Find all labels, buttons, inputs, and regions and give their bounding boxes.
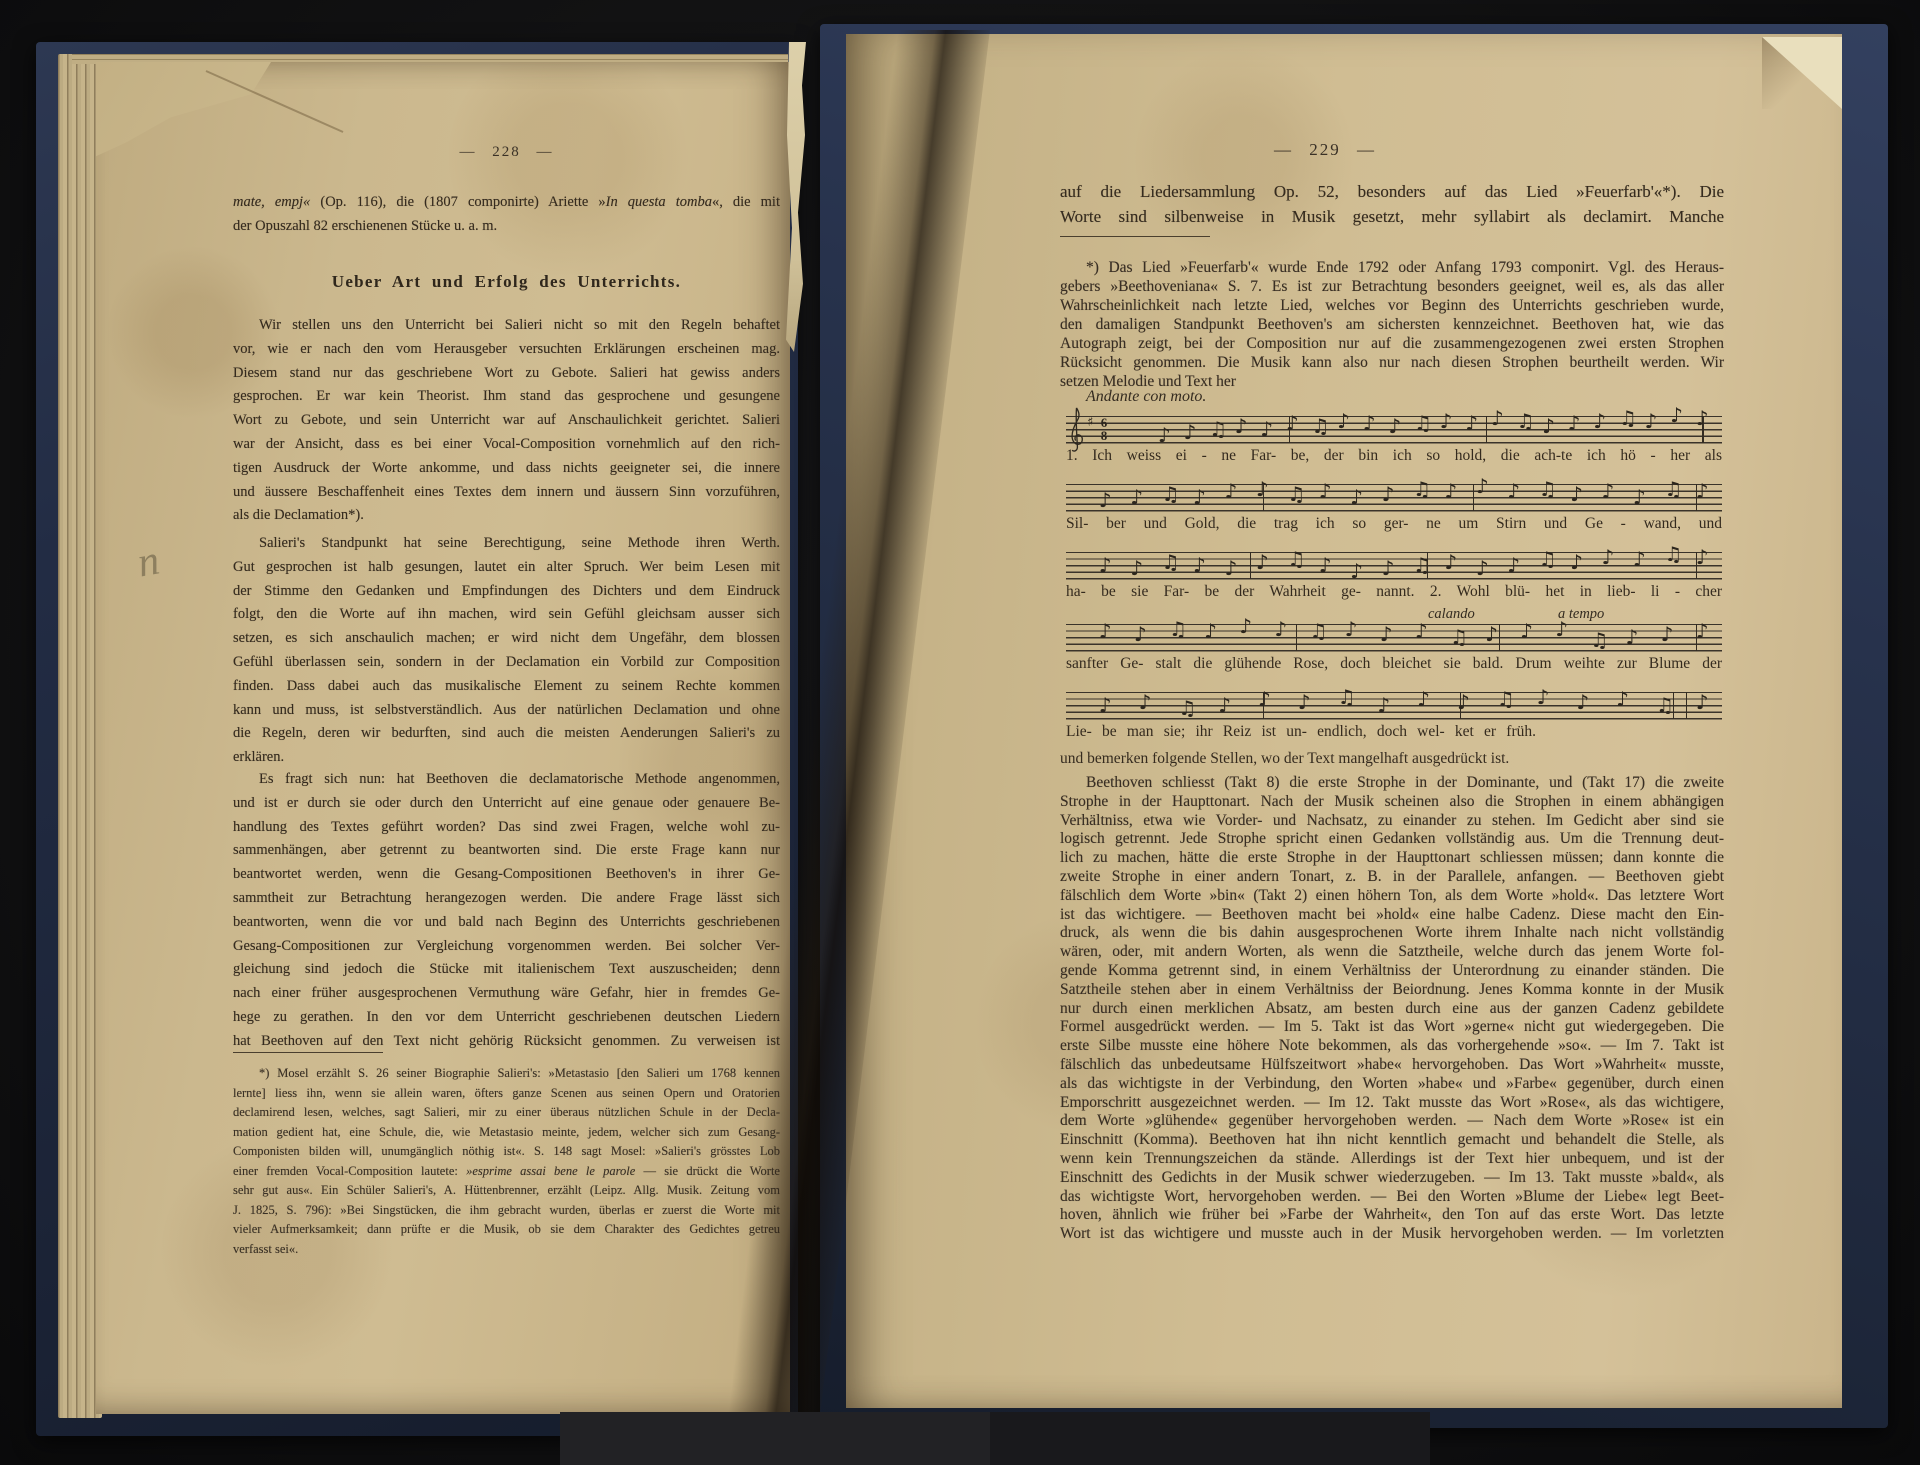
text-line: hat Beethoven auf den Text nicht gehörig… <box>233 1030 780 1054</box>
text-line: Es fragt sich nun: hat Beethoven die dec… <box>233 768 780 792</box>
note-glyph: ♫ <box>1664 544 1682 564</box>
note-glyph: ♪ <box>1696 408 1709 428</box>
note-glyph: ♪ <box>1139 692 1152 712</box>
note-glyph: ♫ <box>1414 413 1432 433</box>
text-line: ist das wichtigere. — Beethoven macht be… <box>1060 906 1724 925</box>
text-line: nach einer früher ausgesprochenen Vermut… <box>233 982 780 1006</box>
main-text: auf die Liedersammlung Op. 52, besonders… <box>1060 180 1724 229</box>
note-glyph: ♪ <box>1576 692 1589 712</box>
note-glyph: ♪ <box>1570 484 1583 504</box>
text-line: das wichtigste Wort, hervorgehoben werde… <box>1060 1188 1724 1207</box>
text-line: die Regeln, deren wir bedurften, sind au… <box>233 722 780 746</box>
lyric-line-4: sanfter Ge- stalt die glühende Rose, doc… <box>1066 655 1722 673</box>
note-glyph: ♪ <box>1661 624 1674 644</box>
text-line: einer fremden Vocal-Composition lautete:… <box>233 1162 780 1182</box>
text-line: Beethoven schliesst (Takt 8) die erste S… <box>1060 774 1724 793</box>
page-229: — 229 — auf die Liedersammlung Op. 52, b… <box>846 34 1842 1408</box>
note-glyph: ♫ <box>1516 411 1534 431</box>
note-glyph: ♫ <box>1338 687 1356 707</box>
text-line: mation gedient hat, eine Schule, die, wi… <box>233 1123 780 1143</box>
text-line: Diesem stand nur das geschriebene Wort z… <box>233 362 780 386</box>
calando-marking: calando <box>1428 606 1475 623</box>
text-line: Rücksicht genommen. Die Musik kann also … <box>1060 353 1724 372</box>
note-glyph: ♫ <box>1309 621 1327 641</box>
note-glyph: ♫ <box>1312 416 1330 436</box>
text-line: und äussere Beschaffenheit eines Textes … <box>233 481 780 505</box>
note-glyph: ♪ <box>1099 695 1112 715</box>
note-glyph: ♪ <box>1350 561 1363 581</box>
text-line: hege zu gerathen. In den vor dem Unterri… <box>233 1006 780 1030</box>
text-line: handlung des Textes geführt worden? Das … <box>233 816 780 840</box>
note-glyph: ♪ <box>1568 413 1581 433</box>
text-line: fälschlich dem Worte »bin« (Takt 2) eine… <box>1060 887 1724 906</box>
text-line: *) Mosel erzählt S. 26 seiner Biographie… <box>233 1064 780 1084</box>
text-line: setzen, es sich anschaulich machen; er w… <box>233 627 780 651</box>
note-glyph: ♪ <box>1274 619 1287 639</box>
note-glyph: ♪ <box>1440 411 1453 431</box>
corner-crease-line <box>206 70 344 133</box>
note-glyph: ♪ <box>1633 549 1646 569</box>
text-line: Formel ausgedrückt werden. — Im 5. Takt … <box>1060 1018 1724 1037</box>
note-glyph: ♪ <box>1099 555 1112 575</box>
music-staff: ♪♪♫♪♪♪♫♪♪♪♫♪♪♪♫♪♪♪ <box>1066 624 1722 652</box>
note-glyph: ♪ <box>1350 487 1363 507</box>
text-line: tigen Ausdruck der Worte ankomme, und da… <box>233 457 780 481</box>
note-glyph: ♪ <box>1363 413 1376 433</box>
note-glyph: ♪ <box>1183 422 1196 442</box>
text-line: und ist er durch sie oder durch den Unte… <box>233 792 780 816</box>
text-line: lich zu machen, hätte die erste Strophe … <box>1060 849 1724 868</box>
text-line: gende Komma getrennt sind, in einem Verh… <box>1060 962 1724 981</box>
note-glyph: ♪ <box>1696 621 1709 641</box>
text-line: Satztheile stehen aber in einem Verhältn… <box>1060 981 1724 1000</box>
text-line: beantwortet werden, wenn die Gesang-Comp… <box>233 863 780 887</box>
text-line: Emporschritt ausgezeichnet werden. — Im … <box>1060 1094 1724 1113</box>
note-glyph: ♫ <box>1619 408 1637 428</box>
note-glyph: ♫ <box>1178 698 1196 718</box>
note-glyph: ♪ <box>1224 558 1237 578</box>
barline <box>1296 624 1297 651</box>
note-glyph: ♪ <box>1457 692 1470 712</box>
text-line: sehr gut aus«. Ein Schüler Salieri's, A.… <box>233 1181 780 1201</box>
note-glyph: ♪ <box>1256 479 1269 499</box>
text-line: wären, oder, mit andern Worten, als wenn… <box>1060 943 1724 962</box>
pencil-margin-mark: n <box>134 537 163 588</box>
page-number: — 228 — <box>233 144 780 161</box>
note-glyph: ♫ <box>1497 689 1515 709</box>
note-glyph: ♪ <box>1235 416 1248 436</box>
text-line: Verhältniss, etwa wie Vorder- und Nachsa… <box>1060 812 1724 831</box>
text-line: vieler Aufmerksamkeit; dann prüfte er di… <box>233 1220 780 1240</box>
lyric-line-1: 1. Ich weiss ei - ne Far- be, der bin ic… <box>1066 447 1722 465</box>
text-line: Wort ist das wichtigere und musste auch … <box>1060 1225 1724 1244</box>
note-glyph: ♪ <box>1380 624 1393 644</box>
note-glyph: ♫ <box>1162 484 1180 504</box>
note-glyph: ♫ <box>1656 695 1674 715</box>
note-glyph: ♪ <box>1319 481 1332 501</box>
note-glyph: ♪ <box>1542 416 1555 436</box>
note-glyph: ♫ <box>1169 619 1187 639</box>
note-glyph: ♫ <box>1209 419 1227 439</box>
table-surface-patch-dark <box>990 1412 1430 1465</box>
text-line: nur durch einen merklichen Absatz, am be… <box>1060 1000 1724 1019</box>
text-line: Einschnitt (Komma). Beethoven hat ihn ni… <box>1060 1131 1724 1150</box>
sharp-icon: ♯ <box>1087 415 1093 430</box>
text-line: den damaligen Standpunkt Beethoven's am … <box>1060 315 1724 334</box>
note-glyph: ♪ <box>1570 552 1583 572</box>
page-228: n — 228 — mate, empj« (Op. 116), die (18… <box>96 62 790 1414</box>
note-glyph: ♫ <box>1664 479 1682 499</box>
text-line: Gefühl überlassen sein, sondern in der D… <box>233 651 780 675</box>
note-glyph: ♪ <box>1485 624 1498 644</box>
note-glyph: ♪ <box>1444 552 1457 572</box>
note-glyph: ♪ <box>1224 481 1237 501</box>
note-glyph: ♪ <box>1670 405 1683 425</box>
note-glyph: ♪ <box>1193 487 1206 507</box>
note-glyph: ♪ <box>1696 547 1709 567</box>
note-glyph: ♪ <box>1593 411 1606 431</box>
music-staff: ♯ 68 ♪♪♫♪♪♪♫♪♪♪♫♪♪♪♫♪♪♪♫♪♪♪ <box>1066 416 1722 444</box>
text-line: logisch getrennt. Jede Strophe spricht e… <box>1060 830 1724 849</box>
carryover-paragraph: mate, empj« (Op. 116), die (1807 componi… <box>233 190 780 238</box>
note-glyph: ♪ <box>1258 689 1271 709</box>
note-glyph: ♪ <box>1633 487 1646 507</box>
footnote-rule <box>1060 236 1210 237</box>
text-line: Salieri's Standpunkt hat seine Berechtig… <box>233 532 780 556</box>
text-line: als die Declamation*). <box>233 504 780 528</box>
note-glyph: ♫ <box>1413 479 1431 499</box>
note-glyph: ♪ <box>1130 558 1143 578</box>
lyric-line-5: Lie- be man sie; ihr Reiz ist un- endlic… <box>1066 723 1536 741</box>
note-glyph: ♫ <box>1450 627 1468 647</box>
note-glyph: ♫ <box>1539 479 1557 499</box>
book-photo: n — 228 — mate, empj« (Op. 116), die (18… <box>0 0 1920 1465</box>
note-glyph: ♪ <box>1099 621 1112 641</box>
barline <box>1499 624 1500 651</box>
text-line: wenn kein Trennungszeichen da stände. Al… <box>1060 1150 1724 1169</box>
text-line: hoven, ähnlich wie früher bei »Farbe der… <box>1060 1206 1724 1225</box>
text-line: Einschnitt des Gedichts in der Musik sch… <box>1060 1169 1724 1188</box>
note-glyph: ♪ <box>1491 408 1504 428</box>
time-signature: 68 <box>1098 416 1110 442</box>
text-line: fälschlich das unbedeutsame Hülfszeitwor… <box>1060 1056 1724 1075</box>
note-glyph: ♪ <box>1286 413 1299 433</box>
text-line: Strophe in der Haupttonart. Nach der Mus… <box>1060 793 1724 812</box>
section-heading: Ueber Art und Erfolg des Unterrichts. <box>233 272 780 292</box>
text-line: finden. Dass dabei auch das musikalische… <box>233 675 780 699</box>
music-staff: ♪♪♫♪♪♪♫♪♪♪♫♪♪♪♫♪ <box>1066 692 1722 720</box>
barline <box>1686 692 1687 719</box>
text-line: Wir stellen uns den Unterricht bei Salie… <box>233 314 780 338</box>
text-line: der Stimme den Gedanken und Empfindungen… <box>233 580 780 604</box>
text-line: gebers »Beethoveniana« S. 7. Es ist zur … <box>1060 277 1724 296</box>
text-line: der Opuszahl 82 erschienenen Stücke u. a… <box>233 214 780 238</box>
text-line: verfasst sei«. <box>233 1240 780 1260</box>
note-glyph: ♫ <box>1413 555 1431 575</box>
text-line: druck, als wenn die bis dahin ausgesproc… <box>1060 924 1724 943</box>
note-glyph: ♪ <box>1555 619 1568 639</box>
lyric-line-2: Sil- ber und Gold, die trag ich so ger- … <box>1066 515 1722 533</box>
text-line: lernte] liess ihn, wenn sie allein waren… <box>233 1084 780 1104</box>
text-line: gesprochen. Er war kein Theorist. Ihm st… <box>233 385 780 409</box>
note-glyph: ♪ <box>1602 547 1615 567</box>
note-glyph: ♪ <box>1319 555 1332 575</box>
text-line: J. 1825, S. 796): »Bei Singstücken, die … <box>233 1201 780 1221</box>
table-surface-patch <box>560 1412 990 1465</box>
note-glyph: ♪ <box>1696 481 1709 501</box>
note-glyph: ♫ <box>1539 549 1557 569</box>
barline <box>1486 416 1487 443</box>
note-glyph: ♪ <box>1377 695 1390 715</box>
note-glyph: ♪ <box>1415 621 1428 641</box>
note-glyph: ♪ <box>1696 692 1709 712</box>
note-glyph: ♪ <box>1507 481 1520 501</box>
text-line: zweite Strophe in einer andern Tonart, z… <box>1060 868 1724 887</box>
note-glyph: ♫ <box>1287 484 1305 504</box>
note-glyph: ♪ <box>1158 425 1171 445</box>
footnote-rule <box>233 1052 383 1053</box>
tempo-marking: Andante con moto. <box>1086 388 1206 406</box>
note-glyph: ♪ <box>1345 619 1358 639</box>
note-glyph: ♪ <box>1298 692 1311 712</box>
note-glyph: ♫ <box>1590 630 1608 650</box>
note-glyph: ♪ <box>1134 624 1147 644</box>
text-line: erste Silbe musste eine höhere Note beko… <box>1060 1037 1724 1056</box>
note-glyph: ♪ <box>1099 490 1112 510</box>
footnote-229-part2: Beethoven schliesst (Takt 8) die erste S… <box>1060 774 1724 1244</box>
text-line: Gut gesprochen ist halb gesungen, lautet… <box>233 556 780 580</box>
text-line: als das wichtigste in der Verbindung, de… <box>1060 1075 1724 1094</box>
text-line: Wort zu Gebote, und sein Unterricht war … <box>233 409 780 433</box>
note-glyph: ♪ <box>1239 616 1252 636</box>
note-glyph: ♪ <box>1602 481 1615 501</box>
lyric-line-3: ha- be sie Far- be der Wahrheit ge- nann… <box>1066 583 1722 601</box>
text-line: Autograph zeigt, bei der Composition nur… <box>1060 334 1724 353</box>
text-line: Gesang-Compositionen zur Vergleichung vo… <box>233 935 780 959</box>
note-glyph: ♪ <box>1616 689 1629 709</box>
text-line: Wahrscheinlichkeit nach letzte Lied, wel… <box>1060 296 1724 315</box>
note-glyph: ♪ <box>1520 621 1533 641</box>
text-line: vor, wie er nach den vom Herausgeber ver… <box>233 338 780 362</box>
note-glyph: ♪ <box>1444 481 1457 501</box>
note-glyph: ♪ <box>1382 558 1395 578</box>
text-line: gleichung sind jedoch die Stücke mit ita… <box>233 958 780 982</box>
text-line: Worte sind silbenweise in Musik gesetzt,… <box>1060 205 1724 230</box>
note-glyph: ♪ <box>1507 555 1520 575</box>
text-line: *) Das Lied »Feuerfarb'« wurde Ende 1792… <box>1060 258 1724 277</box>
note-glyph: ♪ <box>1626 627 1639 647</box>
footnote-228: *) Mosel erzählt S. 26 seiner Biographie… <box>233 1064 780 1259</box>
text-line: sammtheit zur Betrachtung herangezogen w… <box>233 887 780 911</box>
text-line: declamirend lesen, welches, sagt Salieri… <box>233 1103 780 1123</box>
page-number: — 229 — <box>1060 140 1590 160</box>
text-line: mate, empj« (Op. 116), die (1807 componi… <box>233 190 780 214</box>
note-glyph: ♪ <box>1537 687 1550 707</box>
note-glyph: ♪ <box>1193 555 1206 575</box>
note-glyph: ♪ <box>1388 416 1401 436</box>
note-glyph: ♫ <box>1162 552 1180 572</box>
music-staff: ♪♪♫♪♪♪♫♪♪♪♫♪♪♪♫♪♪♪♫♪ <box>1066 484 1722 512</box>
text-line: dem Worte »glühende« gegenüber hervorgeh… <box>1060 1112 1724 1131</box>
note-glyph: ♪ <box>1417 689 1430 709</box>
note-glyph: ♪ <box>1476 476 1489 496</box>
note-glyph: ♫ <box>1287 549 1305 569</box>
text-line: kann und muss, ist selbstverständlich. A… <box>233 699 780 723</box>
barline <box>1473 484 1474 511</box>
note-glyph: ♪ <box>1218 695 1231 715</box>
note-glyph: ♪ <box>1465 413 1478 433</box>
post-music-line: und bemerken folgende Stellen, wo der Te… <box>1060 750 1724 768</box>
time-sig-bottom: 8 <box>1098 429 1110 442</box>
text-line: Componisten bilden will, unumgänglich nö… <box>233 1142 780 1162</box>
text-line: erklären. <box>233 746 780 770</box>
text-line: folgt, den die Worte auf ihn machen, wir… <box>233 603 780 627</box>
text-line: sammenhängen, aber getrennt zu beantwort… <box>233 839 780 863</box>
note-glyph: ♪ <box>1382 484 1395 504</box>
paragraph-2: Salieri's Standpunkt hat seine Berechtig… <box>233 532 780 770</box>
text-line: beantworten, wenn die vor und bald nach … <box>233 911 780 935</box>
text-line: auf die Liedersammlung Op. 52, besonders… <box>1060 180 1724 205</box>
footnote-229-part1: *) Das Lied »Feuerfarb'« wurde Ende 1792… <box>1060 258 1724 391</box>
note-glyph: ♪ <box>1130 487 1143 507</box>
note-glyph: ♪ <box>1204 621 1217 641</box>
text-line: war der Ansicht, dass es bei einer Vocal… <box>233 433 780 457</box>
note-glyph: ♪ <box>1337 411 1350 431</box>
note-glyph: ♪ <box>1260 419 1273 439</box>
note-glyph: ♪ <box>1645 411 1658 431</box>
paragraph-1: Wir stellen uns den Unterricht bei Salie… <box>233 314 780 528</box>
note-glyph: ♪ <box>1256 552 1269 572</box>
barline <box>1250 552 1251 579</box>
music-staff: ♪♪♫♪♪♪♫♪♪♪♫♪♪♪♫♪♪♪♫♪ <box>1066 552 1722 580</box>
paragraph-3: Es fragt sich nun: hat Beethoven die dec… <box>233 768 780 1054</box>
note-glyph: ♪ <box>1476 558 1489 578</box>
